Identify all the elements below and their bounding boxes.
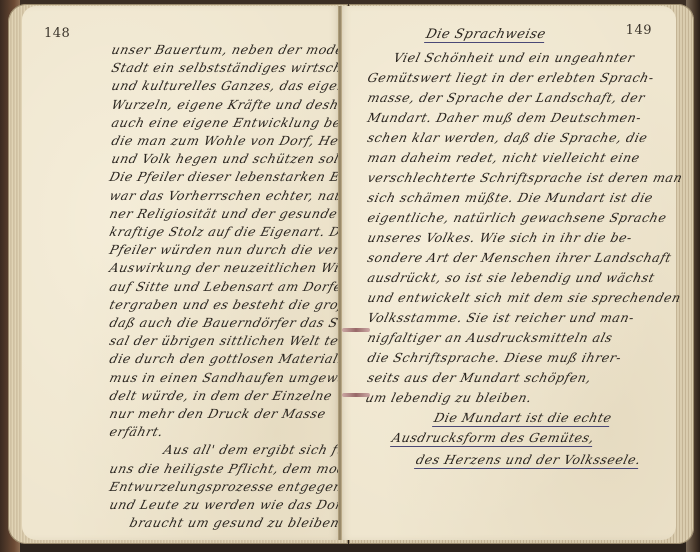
handwritten-line: mus in einen Sandhaufen umgewan-: [108, 370, 362, 385]
handwritten-line: um lebendig zu bleiben.: [364, 390, 534, 405]
handwritten-line: sich schämen müßte. Die Mundart ist die: [366, 190, 655, 205]
handwritten-line: Volksstamme. Sie ist reicher und man-: [366, 310, 636, 325]
handwritten-line: auf Sitte und Lebensart am Dorfe un-: [108, 279, 371, 294]
handwritten-line: delt würde, in dem der Einzelne: [108, 388, 334, 403]
left-page: 148 unser Bauertum, neben der modernen S…: [22, 6, 340, 540]
underlined-closing-line: des Herzens und der Volksseele.: [414, 452, 643, 469]
right-page: 149 Die Sprachweise Viel Schönheit und e…: [340, 6, 676, 540]
handwritten-line: die Schriftsprache. Diese muß ihrer-: [366, 350, 623, 365]
binding-thread: [342, 328, 370, 332]
book-gutter: [338, 6, 342, 540]
handwritten-line: sondere Art der Menschen ihrer Landschaf…: [366, 250, 673, 265]
handwritten-line: man daheim redet, nicht vielleicht eine: [366, 150, 642, 165]
handwritten-line: die durch den gottlosen Materialis-: [108, 351, 356, 366]
handwritten-line: unseres Volkes. Wie sich in ihr die be-: [366, 230, 634, 245]
handwritten-line: eigentliche, natürlich gewachsene Sprach…: [366, 210, 668, 225]
handwritten-line: Mundart. Daher muß dem Deutschmen-: [366, 110, 643, 125]
handwritten-line: nigfaltiger an Ausdrucksmitteln als: [366, 330, 614, 345]
handwritten-line: sal der übrigen sittlichen Welt teilen,: [108, 333, 371, 348]
left-page-text: unser Bauertum, neben der modernen Stadt…: [22, 6, 340, 540]
handwritten-line: kraftige Stolz auf die Eigenart. Diese: [108, 224, 370, 239]
underlined-closing-line: Die Mundart ist die echte: [432, 410, 614, 427]
handwritten-line: die man zum Wohle von Dorf, Heimat: [110, 133, 371, 148]
handwritten-line: Viel Schönheit und ein ungeahnter: [392, 50, 636, 65]
handwritten-line: und entwickelt sich mit dem sie sprechen…: [366, 290, 683, 305]
handwritten-line: und Leute zu werden wie das Dorf sie: [108, 497, 374, 512]
handwritten-line: nur mehr den Druck der Masse: [108, 406, 328, 421]
handwritten-line: Aus all' dem ergibt sich für: [162, 442, 355, 457]
binding-thread: [342, 393, 370, 397]
handwritten-line: ausdrückt, so ist sie lebendig und wächs…: [366, 270, 656, 285]
handwritten-line: ner Religiosität und der gesunde und: [108, 206, 370, 221]
handwritten-line: erfährt.: [108, 424, 165, 439]
handwritten-line: masse, der Sprache der Landschaft, der: [366, 90, 647, 105]
handwritten-line: seits aus der Mundart schöpfen,: [366, 370, 593, 385]
handwritten-line: Gemütswert liegt in der erlebten Sprach-: [366, 70, 656, 85]
right-page-text: Die Sprachweise Viel Schönheit und ein u…: [340, 6, 676, 540]
page-heading: Die Sprachweise: [424, 27, 548, 43]
handwritten-line: und Volk hegen und schützen soll.: [110, 151, 350, 166]
notebook: 148 unser Bauertum, neben der modernen S…: [0, 0, 700, 552]
handwritten-line: braucht um gesund zu bleiben.: [128, 515, 346, 530]
handwritten-line: und kulturelles Ganzes, das eigene: [110, 78, 356, 93]
handwritten-line: Wurzeln, eigene Kräfte und deshalb: [110, 97, 362, 112]
handwritten-line: schen klar werden, daß die Sprache, die: [366, 130, 649, 145]
underlined-closing-line: Ausdrucksform des Gemütes,: [390, 430, 596, 447]
handwritten-line: verschlechterte Schriftsprache ist deren…: [366, 170, 684, 185]
